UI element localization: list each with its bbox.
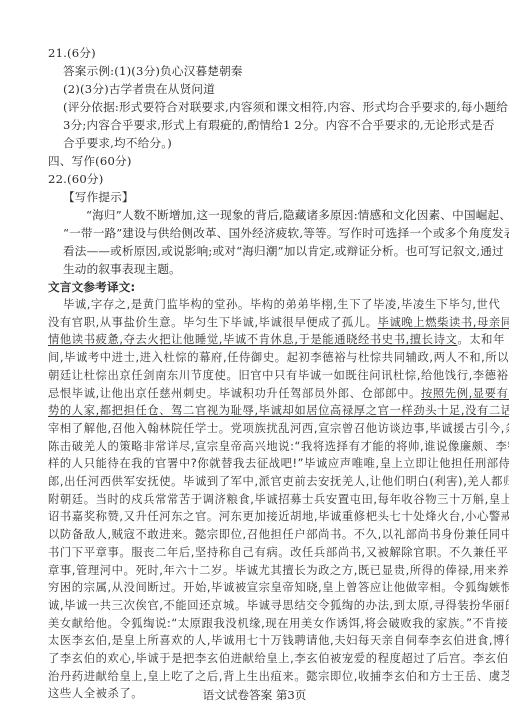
- translation-line: 诚,毕诚一共三次俟官,不能回还京城。毕诚寻思结交令狐绹的办法,到太原,寻得装扮华…: [48, 599, 509, 613]
- translation-text: 宰相了解他,召他入翰林院任学士。党项族扰乱河西,宣宗曾召他访谈边事,毕诚援古引今…: [48, 422, 509, 435]
- translation-text: 以防备敌人,贼寇不敢进来。懿宗即位,召他担任户部尚书。不久,以礼部尚书身份兼任同…: [48, 528, 509, 541]
- translation-line: 样的人只能待在我的官署中?你就替我去征战吧!”毕诚应声唯唯,皇上立即让他担任刑部…: [48, 457, 509, 471]
- translation-line: 了李玄伯的欢心,毕诚于是把李玄伯进献给皇上,李玄伯被宠爱的程度超过了后宫。李玄伯…: [48, 652, 509, 666]
- q22-hint-line: 看法——或析原因,或说影响;或对“海归潮”加以肯定,或辩证分析。也可写记叙文,通…: [63, 244, 504, 258]
- translation-line: 太医李玄伯,是皇上所喜欢的人,毕诚用七十万钱聘请他,夫妇每天亲自伺奉李玄伯进食,…: [48, 634, 509, 648]
- underlined-sentence: 按照先例,显要有权: [421, 387, 509, 400]
- translation-line: 郎,出任河西供军安抚使。毕诚到了军中,派官吏前去安抚羌人,让他们明白(利害),羌…: [48, 475, 509, 489]
- translation-text: 样的人只能待在我的官署中?你就替我去征战吧!”毕诚应声唯唯,皇上立即让他担任刑部…: [48, 457, 509, 470]
- translation-line: 忌恨毕诚,让他出京任慈州刺史。毕诚积功升任驾部员外郎、仓部郎中。按照先例,显要有…: [48, 387, 509, 401]
- translation-line: 毕诚,字存之,是黄门监毕构的堂孙。毕构的弟弟毕栩,生下了毕凌,毕凌生下毕匀,世代: [63, 298, 500, 312]
- translation-text: 没有官职,从事盐价生意。毕匀生下毕诚,毕诚很早便成了孤儿。: [48, 316, 378, 329]
- translation-line: 间,毕诚考中进士,进入杜悰的幕府,任侍御史。起初李德裕与杜悰共同辅政,两人不和,…: [48, 351, 509, 365]
- q22-hint-heading: 【写作提示】: [63, 190, 134, 204]
- translation-text: 郎,出任河西供军安抚使。毕诚到了军中,派官吏前去安抚羌人,让他们明白(利害),羌…: [48, 475, 509, 488]
- translation-line: 诏书嘉奖称赞,又升任河东之官。河东更加接近胡地,毕诚重修杷头七十处烽火台,小心警…: [48, 510, 509, 524]
- translation-text: 太医李玄伯,是皇上所喜欢的人,毕诚用七十万钱聘请他,夫妇每天亲自伺奉李玄伯进食,…: [48, 634, 509, 647]
- translation-text: 陈击破羌人的策略非常详尽,宣宗皇帝高兴地说:“我将选择有才能的将帅,谁说像廉颇、…: [48, 440, 509, 453]
- translation-text: 了李玄伯的欢心,毕诚于是把李玄伯进献给皇上,李玄伯被宠爱的程度超过了后宫。李玄伯…: [48, 652, 509, 665]
- translation-text: 附朝廷。当时的戍兵常常苦于调济粮食,毕诚招募士兵安置屯田,每年收谷物三十万斛,皇…: [48, 493, 509, 506]
- q21-answer-2: (2)(3分)古学者贵在从贤问道: [63, 82, 215, 96]
- translation-line: 朝廷让杜悰出京任剑南东川节度使。旧官中只有毕诚一如既往问讯杜悰,给他饯行,李德裕: [48, 369, 508, 383]
- document-page: 21.(6分) 答案示例:(1)(3分)负心汉暮楚朝秦 (2)(3分)古学者贵在…: [0, 0, 509, 710]
- q22-hint-line: “海归”人数不断增加,这一现象的背后,隐藏诸多原因:情感和文化因素、中国崛起、: [86, 208, 509, 222]
- translation-text: 穷困的宗属,从没间断过。开始,毕诚被宣宗皇帝知晓,皇上曾答应让他做宰相。令狐绹嫉…: [48, 581, 509, 594]
- translation-line: 美女献给他。令狐绹说:“太原跟我没机缘,现在用美女作诱饵,将会破败我的家族。”不…: [48, 617, 509, 631]
- translation-line: 情他读书疲惫,夺去火把让他睡觉,毕诚不肯休息,于是能通晓经书史书,擅长诗文。太和…: [48, 333, 505, 347]
- translation-text: 忌恨毕诚,让他出京任慈州刺史。毕诚积功升任驾部员外郎、仓部郎中。: [48, 387, 421, 400]
- page-footer: 语文试卷答案 第3页: [0, 687, 509, 703]
- translation-text: 章事,管理河中。死时,年六十二岁。毕诚尤其擅长为政之方,既已显贵,所得的俸禄,用…: [48, 564, 509, 577]
- translation-line: 以防备敌人,贼寇不敢进来。懿宗即位,召他担任户部尚书。不久,以礼部尚书身份兼任同…: [48, 528, 509, 542]
- translation-line: 书门下平章事。服丧二年后,坚持称自己有病。改任兵部尚书,又被解除官职。不久兼任平: [48, 546, 508, 560]
- translation-line: 势的人家,都把担任仓、驾二官视为耻辱,毕诚却如居位高禄厚之官一样劲头十足,没有二…: [48, 404, 509, 418]
- translation-line: 治丹药进献给皇上,皇上吃了之后,背上生出疽来。懿宗即位,收捕李玄伯和方士王岳、虞…: [48, 670, 509, 684]
- translation-text: 美女献给他。令狐绹说:“太原跟我没机缘,现在用美女作诱饵,将会破败我的家族。”不…: [48, 617, 509, 630]
- q22-title: 22.(60分): [48, 172, 103, 186]
- translation-text: 诚,毕诚一共三次俟官,不能回还京城。毕诚寻思结交令狐绹的办法,到太原,寻得装扮华…: [48, 599, 509, 612]
- translation-line: 没有官职,从事盐价生意。毕匀生下毕诚,毕诚很早便成了孤儿。毕诚晚上燃柴读书,母亲…: [48, 316, 509, 330]
- translation-text: 朝廷让杜悰出京任剑南东川节度使。旧官中只有毕诚一如既往问讯杜悰,给他饯行,李德裕: [48, 369, 508, 382]
- q21-criteria-line: 3分;内容合乎要求,形式上有瑕疵的,酌情给1 2分。内容不合乎要求的,无论形式是…: [63, 118, 495, 132]
- underlined-sentence: 毕诚晚上燃柴读书,母亲同: [378, 316, 509, 329]
- translation-line: 附朝廷。当时的戍兵常常苦于调济粮食,毕诚招募士兵安置屯田,每年收谷物三十万斛,皇…: [48, 493, 509, 507]
- underlined-sentence: 势的人家,都把担任仓、驾二官视为耻辱,毕诚却如居位高禄厚之官一样劲头十足,没有二…: [48, 404, 509, 417]
- translation-text: 书门下平章事。服丧二年后,坚持称自己有病。改任兵部尚书,又被解除官职。不久兼任平: [48, 546, 508, 559]
- translation-text: 诏书嘉奖称赞,又升任河东之官。河东更加接近胡地,毕诚重修杷头七十处烽火台,小心警…: [48, 510, 509, 523]
- q21-criteria-line: 合乎要求,均不给分。): [63, 136, 172, 150]
- translation-text: 毕诚,字存之,是黄门监毕构的堂孙。毕构的弟弟毕栩,生下了毕凌,毕凌生下毕匀,世代: [63, 298, 500, 311]
- translation-text: 。太和年: [457, 333, 505, 346]
- translation-line: 宰相了解他,召他入翰林院任学士。党项族扰乱河西,宣宗曾召他访谈边事,毕诚援古引今…: [48, 422, 509, 436]
- q21-title: 21.(6分): [48, 46, 96, 60]
- translation-heading: 文言文参考译文:: [48, 280, 135, 294]
- underlined-sentence: 情他读书疲惫,夺去火把让他睡觉,毕诚不肯休息,于是能通晓经书史书,擅长诗文: [48, 333, 457, 346]
- section-4-title: 四、写作(60分): [48, 154, 132, 168]
- translation-line: 章事,管理河中。死时,年六十二岁。毕诚尤其擅长为政之方,既已显贵,所得的俸禄,用…: [48, 564, 509, 578]
- translation-text: 治丹药进献给皇上,皇上吃了之后,背上生出疽来。懿宗即位,收捕李玄伯和方士王岳、虞…: [48, 670, 509, 683]
- q22-hint-line: “一带一路”建设与供给侧改革、国外经济疲软,等等。写作时可选择一个或多个角度发表: [63, 226, 509, 240]
- q22-hint-line: 生动的叙事表现主题。: [63, 262, 181, 276]
- translation-line: 穷困的宗属,从没间断过。开始,毕诚被宣宗皇帝知晓,皇上曾答应让他做宰相。令狐绹嫉…: [48, 581, 509, 595]
- q21-answer-1: 答案示例:(1)(3分)负心汉暮楚朝秦: [63, 64, 243, 78]
- q21-criteria-line: (评分依据:形式要符合对联要求,内容须和课文相符,内容、形式均合乎要求的,每小题…: [63, 100, 508, 114]
- translation-line: 陈击破羌人的策略非常详尽,宣宗皇帝高兴地说:“我将选择有才能的将帅,谁说像廉颇、…: [48, 440, 509, 454]
- translation-text: 间,毕诚考中进士,进入杜悰的幕府,任侍御史。起初李德裕与杜悰共同辅政,两人不和,…: [48, 351, 509, 364]
